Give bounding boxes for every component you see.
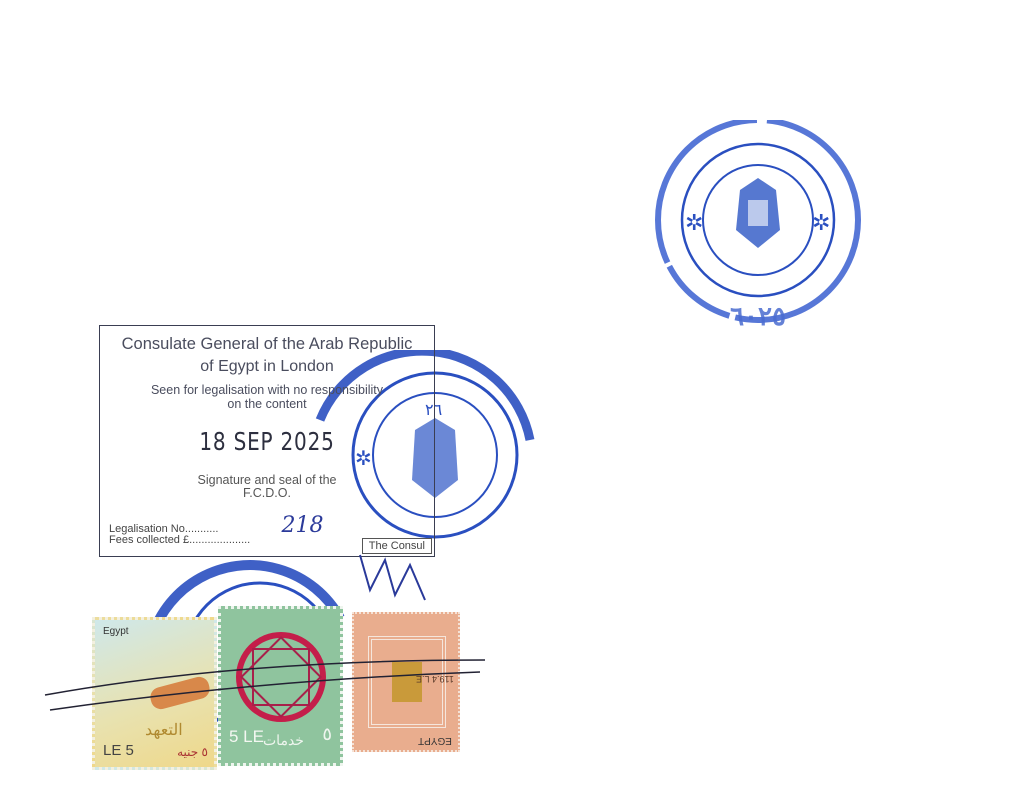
- stamp-value: 119.4 L.E: [416, 674, 454, 684]
- revenue-stamp-services-5le: 5 LE خدمات ٥: [218, 606, 343, 766]
- stamp-value: 5 LE: [229, 727, 264, 747]
- consulate-title: Consulate General of the Arab Republic: [100, 334, 434, 354]
- legalisation-note: Seen for legalisation with no responsibi…: [100, 383, 434, 411]
- consulate-subtitle: of Egypt in London: [100, 358, 434, 376]
- dots: ....................: [189, 534, 250, 546]
- stamp-value: LE 5: [103, 742, 134, 759]
- legalisation-date: 18 SEP 2025: [133, 427, 400, 456]
- svg-text:٦٠٢٥: ٦٠٢٥: [730, 301, 786, 331]
- svg-text:✲: ✲: [685, 210, 703, 235]
- consul-label: The Consul: [362, 538, 432, 554]
- legalisation-note-line1: Seen for legalisation with no responsibi…: [100, 383, 434, 397]
- svg-text:✲: ✲: [812, 210, 830, 235]
- legalisation-stamp-box: Consulate General of the Arab Republic o…: [99, 325, 435, 557]
- consular-seal-top-right: ✲ ✲ ٦٠٢٥: [640, 120, 880, 360]
- stamp-artwork: [148, 675, 212, 712]
- revenue-stamp-egypt-le5: Egypt التعهد LE 5 ٥ جنيه: [92, 617, 217, 770]
- signature-caption: Signature and seal of the F.C.D.O.: [100, 474, 434, 500]
- stamp-country: EGYPT: [418, 735, 452, 746]
- fees-label: Fees collected £: [109, 534, 189, 546]
- fees-row: Fees collected £....................: [109, 534, 250, 546]
- revenue-stamp-egypt-119: 119.4 L.E EGYPT: [352, 612, 460, 752]
- stamp-arabic-value: ٥ جنيه: [177, 745, 208, 759]
- legalisation-number-value: 218: [282, 513, 324, 538]
- legalisation-note-line2: on the content: [100, 397, 434, 411]
- red-star-seal: [233, 629, 329, 725]
- signature-caption-line2: F.C.D.O.: [100, 487, 434, 500]
- stamp-country: Egypt: [103, 626, 129, 637]
- stamp-arabic-value: ٥: [322, 724, 332, 745]
- stamp-arabic-text: التعهد: [145, 720, 183, 740]
- stamp-arabic-text: خدمات: [263, 732, 304, 749]
